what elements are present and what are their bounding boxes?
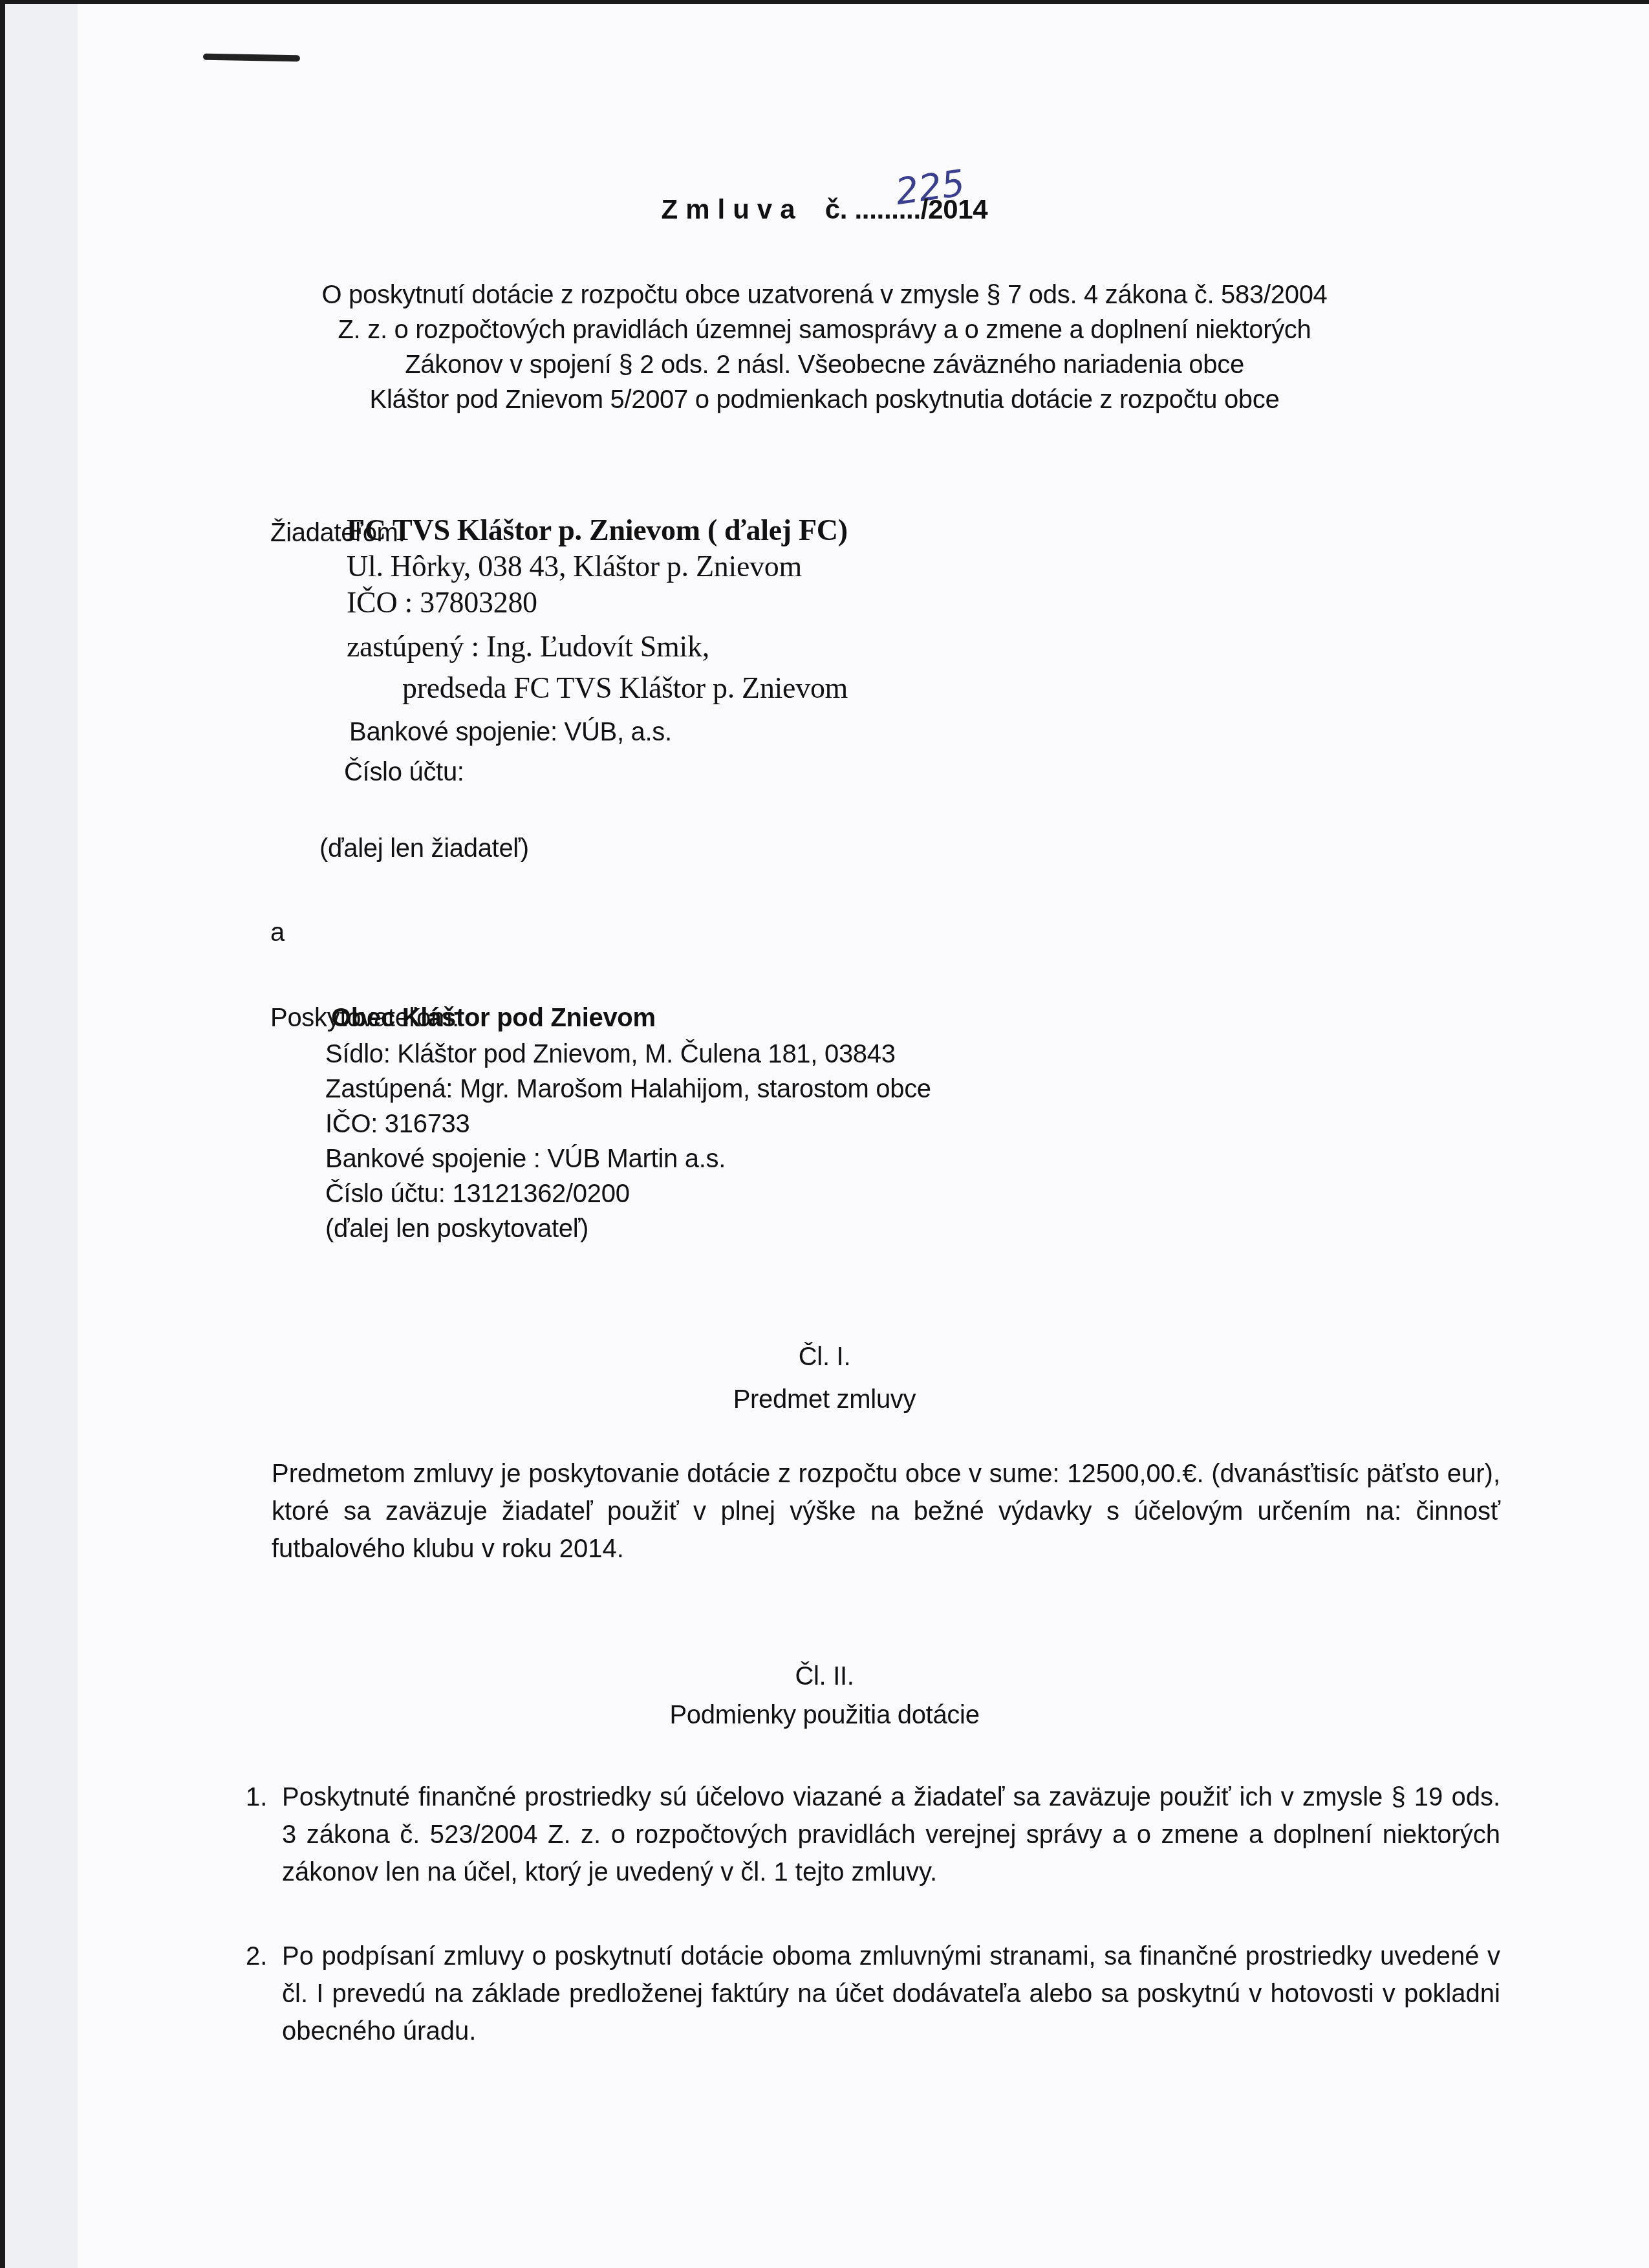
applicant-alias: (ďalej len žiadateľ) bbox=[319, 833, 529, 864]
applicant-name-text: FC TVS Kláštor p. Znievom ( ďalej FC) bbox=[347, 515, 848, 546]
provider-seat: Sídlo: Kláštor pod Znievom, M. Čulena 18… bbox=[325, 1039, 896, 1070]
article-2-item-1: 1. Poskytnuté finančné prostriedky sú úč… bbox=[246, 1778, 1500, 1891]
applicant-representative-role: predseda FC TVS Kláštor p. Znievom bbox=[402, 673, 848, 704]
item-number: 2. bbox=[246, 1938, 282, 2050]
item-text: Po podpísaní zmluvy o poskytnutí dotácie… bbox=[282, 1938, 1500, 2050]
provider-name: Obec Kláštor pod Znievom bbox=[331, 1002, 656, 1033]
provider-ico: IČO: 316733 bbox=[325, 1108, 470, 1139]
item-number: 1. bbox=[246, 1778, 282, 1891]
title-word: Zmluva bbox=[662, 194, 803, 224]
provider-bank: Bankové spojenie : VÚB Martin a.s. bbox=[325, 1143, 726, 1174]
article-1-heading: Predmet zmluvy bbox=[0, 1384, 1649, 1415]
title-number: č. ........./2014 bbox=[825, 194, 988, 224]
applicant-bank: Bankové spojenie: VÚB, a.s. bbox=[349, 717, 672, 748]
applicant-account: Číslo účtu: bbox=[344, 757, 464, 788]
applicant-ico: IČO : 37803280 bbox=[347, 587, 537, 618]
provider-representative: Zastúpená: Mgr. Marošom Halahijom, staro… bbox=[325, 1074, 931, 1105]
article-1-text: Predmetom zmluvy je poskytovanie dotácie… bbox=[272, 1455, 1500, 1568]
article-2-heading: Podmienky použitia dotácie bbox=[0, 1700, 1649, 1731]
applicant-address: Ul. Hôrky, 038 43, Kláštor p. Znievom bbox=[347, 551, 802, 582]
provider-account: Číslo účtu: 13121362/0200 bbox=[325, 1178, 630, 1209]
staple-mark bbox=[203, 54, 300, 62]
applicant-representative: zastúpený : Ing. Ľudovít Smik, bbox=[347, 631, 709, 662]
document-title: Zmluva č. ........./2014 bbox=[0, 194, 1649, 225]
provider-alias: (ďalej len poskytovateľ) bbox=[325, 1213, 588, 1244]
subtitle-line-2: Z. z. o rozpočtových pravidlách územnej … bbox=[0, 314, 1649, 345]
scan-edge-top bbox=[0, 0, 1649, 4]
subtitle-line-4: Kláštor pod Znievom 5/2007 o podmienkach… bbox=[0, 384, 1649, 415]
subtitle-line-3: Zákonov v spojení § 2 ods. 2 násl. Všeob… bbox=[0, 349, 1649, 380]
subtitle-line-1: O poskytnutí dotácie z rozpočtu obce uza… bbox=[0, 279, 1649, 310]
conjunction: a bbox=[270, 917, 285, 948]
article-2-number: Čl. II. bbox=[0, 1661, 1649, 1692]
article-1-number: Čl. I. bbox=[0, 1341, 1649, 1372]
item-text: Poskytnuté finančné prostriedky sú účelo… bbox=[282, 1778, 1500, 1891]
article-2-item-2: 2. Po podpísaní zmluvy o poskytnutí dotá… bbox=[246, 1938, 1500, 2050]
